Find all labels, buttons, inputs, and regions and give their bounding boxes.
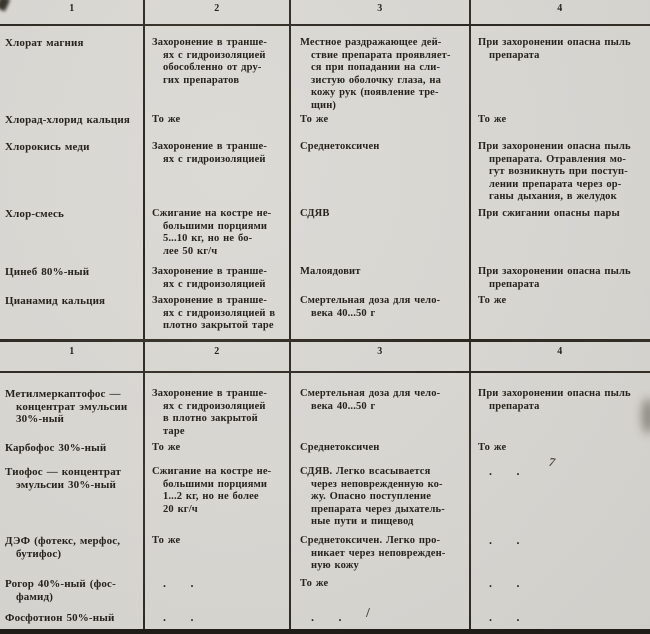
table-row: Цианамид кальция Захоронение в транше- я… [0,295,650,333]
cell-disposal-method: То же [144,114,290,127]
table-row: Тиофос — концентрат эмульсии 30%-ный Сжи… [0,466,650,529]
cell-hazard-note: То же [470,442,650,455]
cell-substance-name: Тиофос — концентрат эмульсии 30%-ный [0,466,144,529]
cell-substance-name: Фосфотион 50%-ный [0,612,144,625]
cell-hazard-note: При захоронении опасна пыль препарата [470,388,650,438]
cell-disposal-method: Сжигание на костре не- большими порциями… [144,466,290,529]
cell-disposal-method: Сжигание на костре не- большими порциями… [144,208,290,258]
scanned-table-page: 1 2 3 4 Хлорат магния Захоронение в тран… [0,0,650,634]
cell-disposal-method: То же [144,442,290,455]
cell-toxicity-info: То же [290,578,470,603]
cell-disposal-method: Захоронение в транше- ях с гидроизоляцие… [144,37,290,113]
cell-substance-name: Рогор 40%-ный (фос- фамид) [0,578,144,603]
table-row: ДЭФ (фотекс, мерфос, бутифос) То же Сред… [0,535,650,573]
section-divider-rule [0,339,650,342]
bottom-edge-rule [0,629,650,634]
cell-toxicity-info: То же [290,114,470,127]
cell-toxicity-info: Смертельная доза для чело- века 40...50 … [290,388,470,438]
table-row: Метилмеркаптофос — концентрат эмульсии 3… [0,388,650,438]
column-header: 2 [214,3,220,14]
cell-hazard-note: При сжигании опасны пары [470,208,650,258]
cell-substance-name: Метилмеркаптофос — концентрат эмульсии 3… [0,388,144,438]
cell-disposal-method: То же [144,535,290,573]
table-row: Фосфотион 50%-ный . . . . . . [0,612,650,625]
cell-disposal-method: Захоронение в транше- ях с гидроизоляцие… [144,266,290,291]
table-row: Хлорад-хлорид кальция То же То же То же [0,114,650,127]
cell-substance-name: Хлорад-хлорид кальция [0,114,144,127]
column-header: 2 [214,346,220,357]
column-header: 4 [557,346,563,357]
cell-toxicity-info: Среднетоксичен [290,442,470,455]
table-row: Хлорат магния Захоронение в транше- ях с… [0,37,650,113]
cell-disposal-method: Захоронение в транше- ях с гидроизоляцие… [144,141,290,204]
cell-substance-name: Хлорат магния [0,37,144,113]
cell-hazard-note: . . [470,535,650,573]
cell-hazard-note: . . [470,612,650,625]
header-rule [0,24,650,26]
cell-toxicity-info: Смертельная доза для чело- века 40...50 … [290,295,470,333]
cell-toxicity-info: Местное раздражающее дей- ствие препарат… [290,37,470,113]
table-row: Рогор 40%-ный (фос- фамид) . . То же . . [0,578,650,603]
cell-disposal-method: Захоронение в транше- ях с гидроизоляцие… [144,388,290,438]
cell-hazard-note: При захоронении опасна пыль препарата. О… [470,141,650,204]
cell-disposal-method: . . [144,578,290,603]
cell-hazard-note: . . [470,578,650,603]
scan-artifact-corner [0,0,10,12]
table-row: Карбофос 30%-ный То же Среднетоксичен То… [0,442,650,455]
cell-substance-name: Карбофос 30%-ный [0,442,144,455]
column-header: 1 [69,346,75,357]
cell-toxicity-info: Малоядовит [290,266,470,291]
cell-substance-name: Цинеб 80%-ный [0,266,144,291]
cell-substance-name: Цианамид кальция [0,295,144,333]
table-row: Хлор-смесь Сжигание на костре не- больши… [0,208,650,258]
column-header: 3 [377,3,383,14]
cell-hazard-note: . . [470,466,650,529]
table-row: Цинеб 80%-ный Захоронение в транше- ях с… [0,266,650,291]
cell-hazard-note: При захоронении опасна пыль препарата [470,37,650,113]
column-header: 1 [69,3,75,14]
cell-hazard-note: При захоронении опасна пыль препарата [470,266,650,291]
cell-substance-name: ДЭФ (фотекс, мерфос, бутифос) [0,535,144,573]
table-row: Хлорокись меди Захоронение в транше- ях … [0,141,650,204]
cell-substance-name: Хлорокись меди [0,141,144,204]
header-rule [0,371,650,373]
cell-toxicity-info: . . [290,612,470,625]
column-header: 4 [557,3,563,14]
cell-disposal-method: Захоронение в транше- ях с гидроизоляцие… [144,295,290,333]
cell-disposal-method: . . [144,612,290,625]
cell-toxicity-info: СДЯВ. Легко всасывается через неповрежде… [290,466,470,529]
cell-toxicity-info: Среднетоксичен. Легко про- никает через … [290,535,470,573]
cell-toxicity-info: СДЯВ [290,208,470,258]
cell-hazard-note: То же [470,295,650,333]
cell-toxicity-info: Среднетоксичен [290,141,470,204]
cell-hazard-note: То же [470,114,650,127]
cell-substance-name: Хлор-смесь [0,208,144,258]
column-header: 3 [377,346,383,357]
handwritten-mark: / [366,606,370,622]
